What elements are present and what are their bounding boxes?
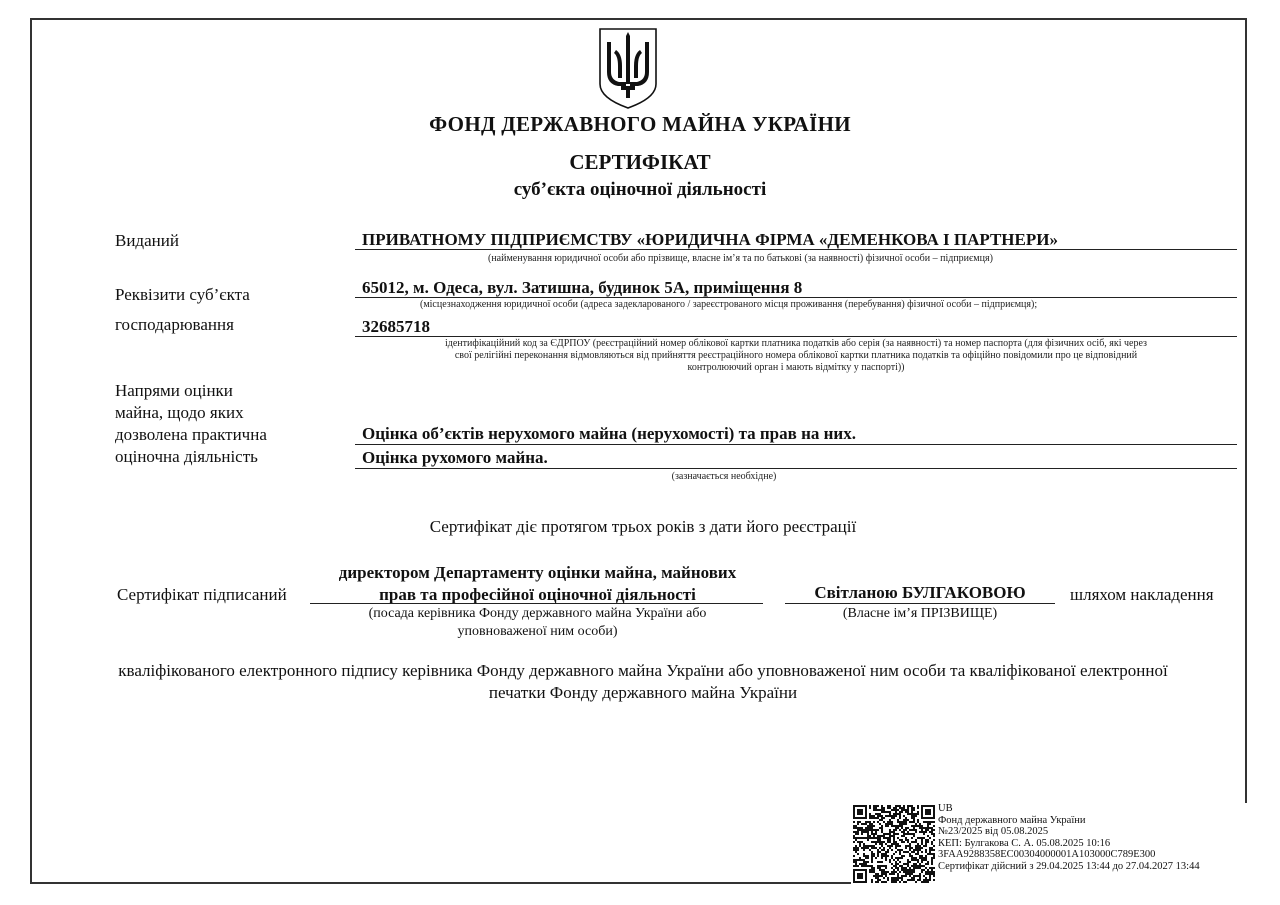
direction-item: Оцінка об’єктів нерухомого майна (нерухо…	[362, 424, 856, 444]
position-hint-line2: уповноваженої ним особи)	[310, 623, 765, 641]
position-rule	[310, 603, 763, 604]
directions-label-line: дозволена практична	[115, 424, 267, 446]
signed-by-label: Сертифікат підписаний	[117, 584, 287, 606]
stamp-line: №23/2025 від 05.08.2025	[938, 826, 1200, 838]
code-rule	[355, 336, 1237, 337]
stamp-line: Сертифікат дійсний з 29.04.2025 13:44 до…	[938, 861, 1200, 873]
position-hint: (посада керівника Фонду державного майна…	[310, 605, 765, 641]
signer-position-line1: директором Департаменту оцінки майна, ма…	[310, 562, 765, 584]
address-rule	[355, 297, 1237, 298]
issued-to-value: ПРИВАТНОМУ ПІДПРИЄМСТВУ «ЮРИДИЧНА ФІРМА …	[362, 230, 1058, 250]
stamp-line: UB	[938, 803, 1200, 815]
directions-label-line: Напрями оцінки	[115, 380, 267, 402]
position-hint-line1: (посада керівника Фонду державного майна…	[310, 605, 765, 623]
issued-to-hint: (найменування юридичної особи або прізви…	[488, 253, 993, 265]
document-title: СЕРТИФІКАТ	[0, 150, 1280, 175]
organization-name: ФОНД ДЕРЖАВНОГО МАЙНА УКРАЇНИ	[0, 112, 1280, 137]
directions-hint: (зазначається необхідне)	[355, 471, 1093, 483]
signer-position: директором Департаменту оцінки майна, ма…	[310, 562, 765, 606]
trident-emblem-icon	[597, 26, 659, 110]
signer-name: Світланою БУЛГАКОВОЮ	[785, 582, 1055, 604]
qr-code-icon	[853, 805, 935, 883]
issued-to-rule	[355, 249, 1237, 250]
closing-line1: кваліфікованого електронного підпису кер…	[0, 660, 1280, 682]
validity-note: Сертифікат діє протягом трьох років з да…	[0, 516, 1280, 538]
direction-item: Оцінка рухомого майна.	[362, 448, 548, 468]
requisites-label-line1: Реквізити суб’єкта	[115, 284, 250, 306]
closing-text: кваліфікованого електронного підпису кер…	[0, 660, 1280, 704]
signature-suffix: шляхом накладення	[1070, 584, 1214, 606]
code-hint-line1: ідентифікаційний код за ЄДРПОУ (реєстрац…	[355, 338, 1237, 350]
address-value: 65012, м. Одеса, вул. Затишна, будинок 5…	[362, 278, 802, 298]
name-rule	[785, 603, 1055, 604]
address-hint: (місцезнаходження юридичної особи (адрес…	[420, 299, 1037, 311]
directions-label: Напрями оцінки майна, щодо яких дозволен…	[115, 380, 267, 468]
direction-rule	[355, 444, 1237, 445]
issued-to-label: Виданий	[115, 230, 179, 252]
direction-rule	[355, 468, 1237, 469]
directions-label-line: оціночна діяльність	[115, 446, 267, 468]
code-hint: ідентифікаційний код за ЄДРПОУ (реєстрац…	[355, 338, 1237, 374]
stamp-line: 3FAA9288358EC00304000001A103000C789E300	[938, 849, 1200, 861]
code-hint-line3: контролюючий орган і мають відмітку у па…	[355, 362, 1237, 374]
closing-line2: печатки Фонду державного майна України	[0, 682, 1280, 704]
name-hint: (Власне ім’я ПРІЗВИЩЕ)	[785, 605, 1055, 623]
code-hint-line2: свої релігійні переконання відмовляються…	[355, 350, 1237, 362]
requisites-label-line2: господарювання	[115, 314, 234, 336]
document-subtitle: суб’єкта оціночної діяльності	[0, 179, 1280, 201]
stamp-line: КЕП: Булгакова С. А. 05.08.2025 10:16	[938, 838, 1200, 850]
stamp-line: Фонд державного майна України	[938, 815, 1200, 827]
stamp-text: UB Фонд державного майна України №23/202…	[938, 803, 1200, 873]
directions-label-line: майна, щодо яких	[115, 402, 267, 424]
edrpou-code-value: 32685718	[362, 317, 430, 337]
